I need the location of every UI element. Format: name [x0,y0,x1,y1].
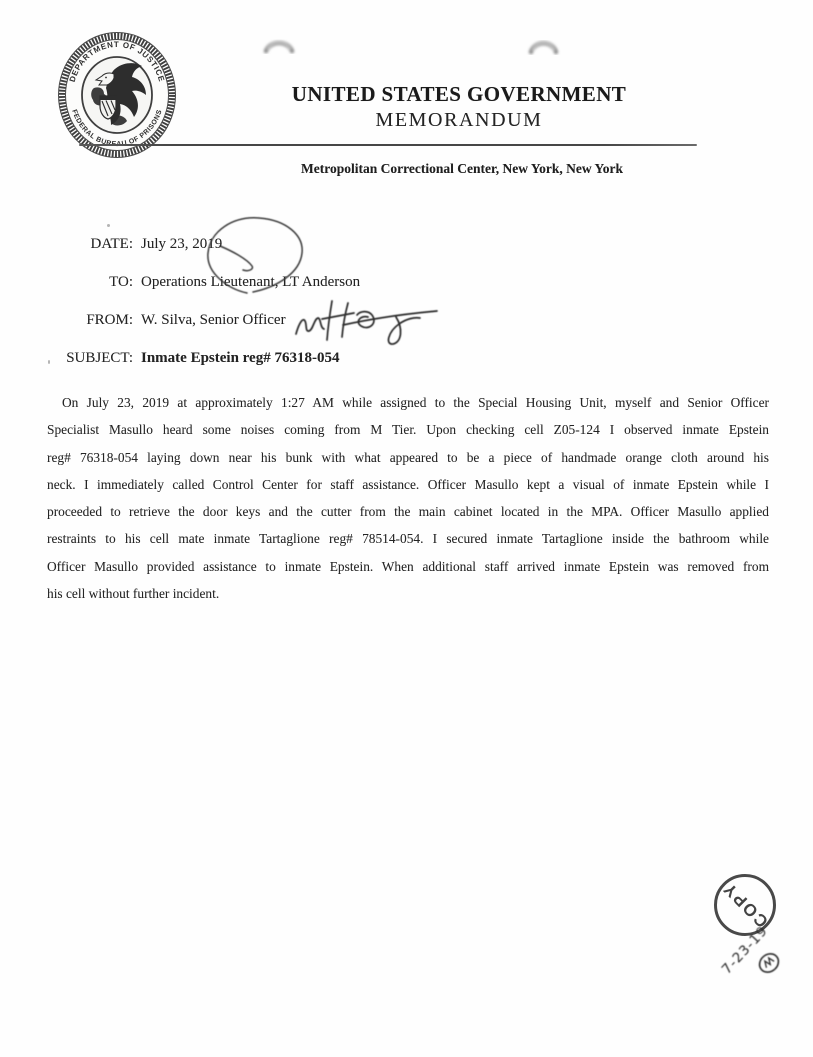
field-from: FROM: W. Silva, Senior Officer [45,312,745,329]
from-label: FROM: [45,312,133,329]
copy-stamp-text: COPY [719,878,772,931]
field-subject: SUBJECT: Inmate Epstein reg# 76318-054 [45,350,745,367]
subject-value: Inmate Epstein reg# 76318-054 [141,350,339,367]
body-line: reg# 76318-054 laying down near his bunk… [47,444,769,471]
body-line: On July 23, 2019 at approximately 1:27 A… [47,389,769,416]
memo-subtitle: MEMORANDUM [159,109,759,132]
body-line: neck. I immediately called Control Cente… [47,471,769,498]
copy-stamp: COPY [716,876,775,935]
body-line: restraints to his cell mate inmate Tarta… [47,525,769,552]
date-label: DATE: [45,236,133,253]
facility-line: Metropolitan Correctional Center, New Yo… [162,161,762,177]
to-value: Operations Lieutenant, LT Anderson [141,274,360,291]
subject-label: SUBJECT: [45,350,133,367]
header-rule [79,144,697,146]
scan-speck [48,360,50,364]
body-line: Specialist Masullo heard some noises com… [47,416,769,443]
copy-stamp-ring [716,876,775,935]
hole-punch-shadow-right [531,43,556,52]
hole-punch-shadow-left [266,42,292,51]
memo-body: On July 23, 2019 at approximately 1:27 A… [47,389,769,607]
date-value: July 23, 2019 [141,236,222,253]
memo-title: UNITED STATES GOVERNMENT [159,82,759,107]
circled-initials [756,950,782,976]
from-value: W. Silva, Senior Officer [141,312,286,329]
handwritten-date: 7-23-19 [719,923,771,978]
body-line: his cell without further incident. [47,580,769,607]
body-line: Officer Masullo provided assistance to i… [47,553,769,580]
field-date: DATE: July 23, 2019 [45,236,745,253]
field-to: TO: Operations Lieutenant, LT Anderson [45,274,745,291]
to-label: TO: [45,274,133,291]
memo-page: DEPARTMENT OF JUSTICE FEDERAL BUREAU OF … [0,0,813,1057]
body-line: proceeded to retrieve the door keys and … [47,498,769,525]
scan-speck [107,224,110,227]
